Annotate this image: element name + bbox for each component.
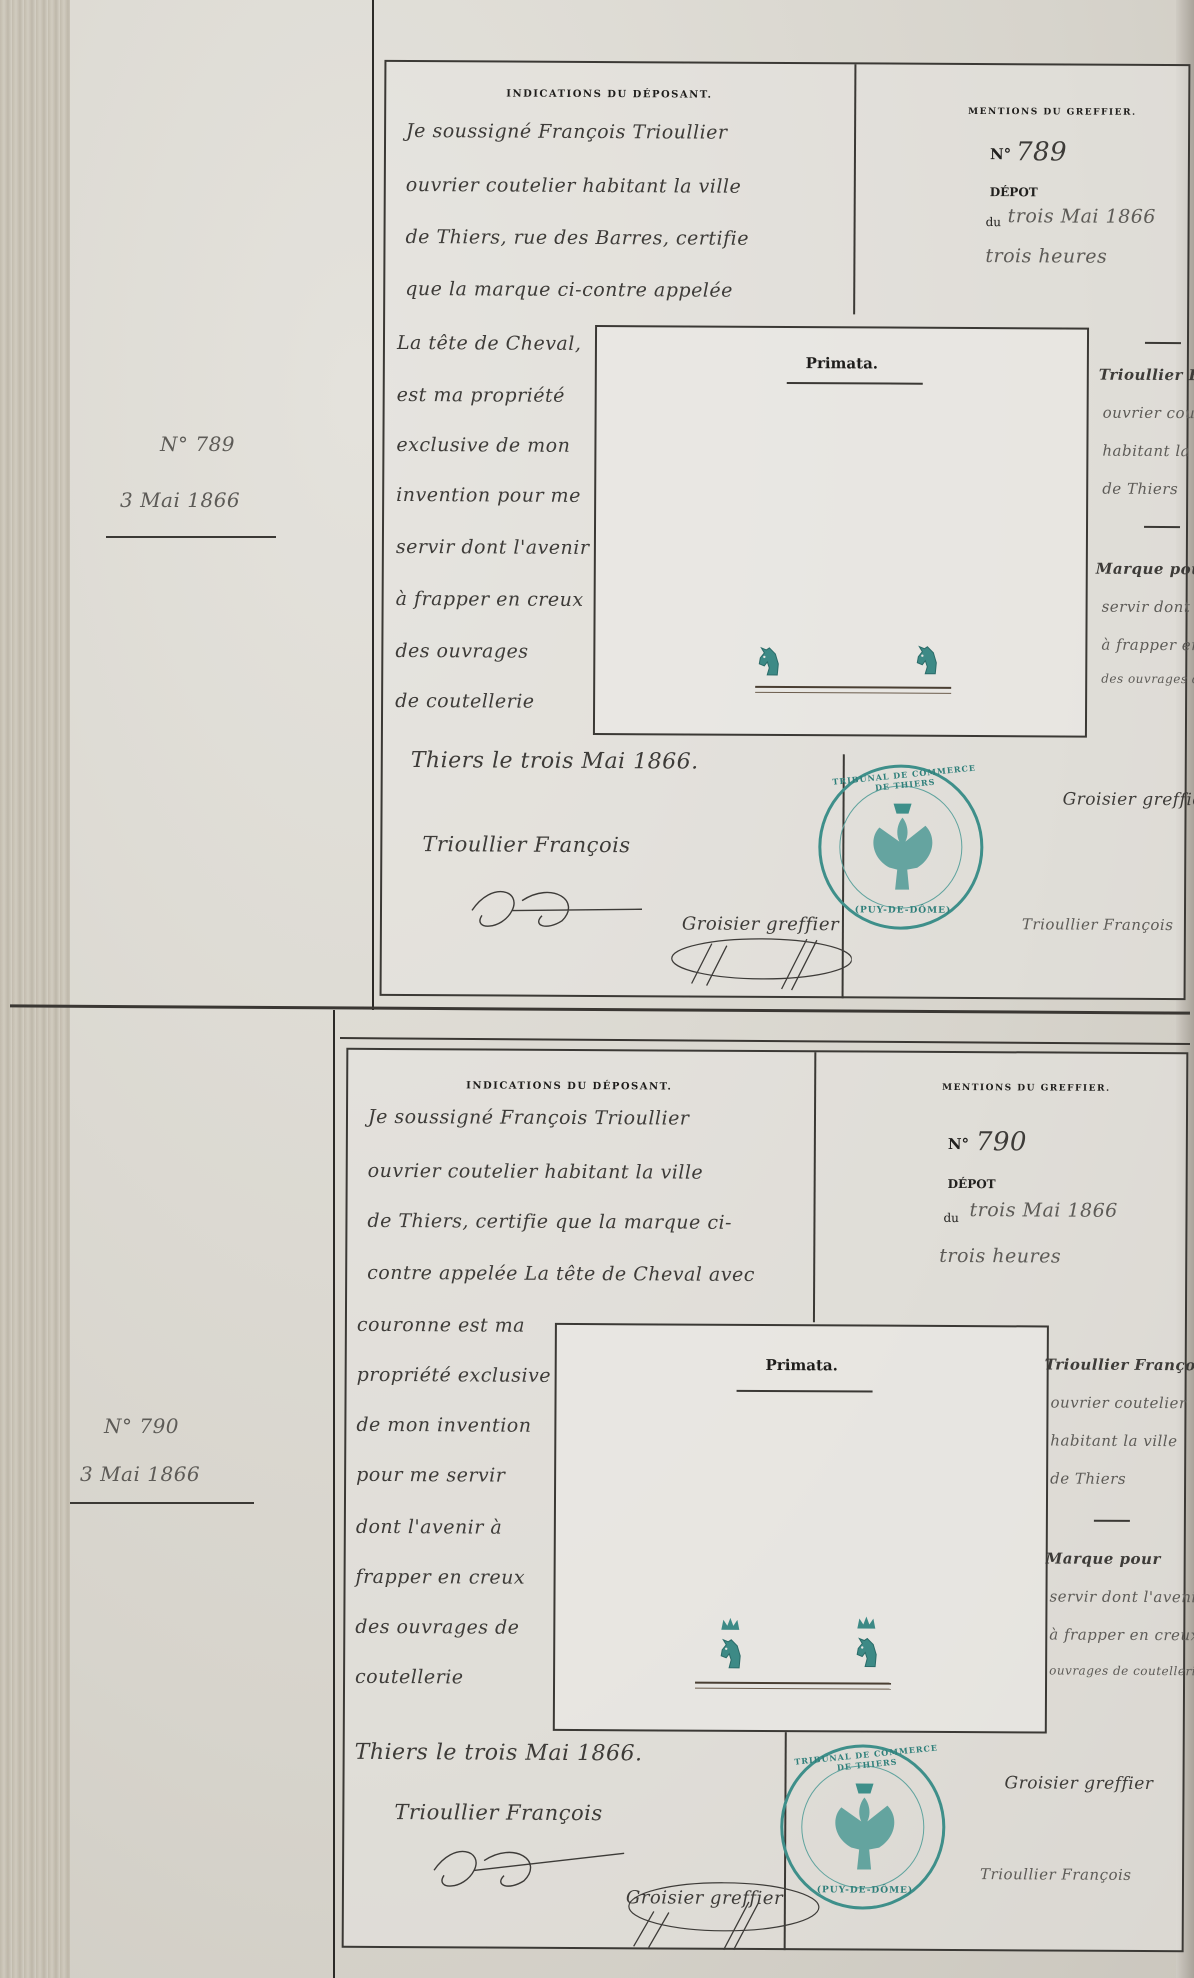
- side-dash: [1145, 342, 1181, 344]
- du-label: du: [986, 215, 1001, 229]
- declaration-line: de mon invention: [356, 1414, 531, 1437]
- side-dash: [1094, 1520, 1130, 1522]
- clerk-paraph: [574, 1871, 824, 1952]
- du-label: du: [943, 1211, 958, 1225]
- side-note-line: Marque pour: [1096, 560, 1194, 579]
- declaration-line: servir dont l'avenir: [396, 536, 590, 559]
- declaration-text: Je soussigné François Trioullier ouvrier…: [386, 62, 1188, 66]
- declaration-line: dont l'avenir à: [356, 1516, 503, 1539]
- side-note-line: Trioullier François: [1045, 1355, 1194, 1374]
- horse-head-stamp-icon: [913, 643, 939, 677]
- depositor-signature: Trioullier François: [394, 1800, 602, 1825]
- side-note-line: à frapper en creux: [1049, 1625, 1194, 1644]
- declaration-line: de Thiers, rue des Barres, certifie: [405, 226, 749, 250]
- deposit-form-789: INDICATIONS DU DÉPOSANT. MENTIONS DU GRE…: [380, 60, 1191, 1000]
- clerk-paraph: [652, 923, 852, 994]
- seal-bottom-text: (PUY-DE-DÔME): [851, 905, 955, 916]
- depositor-header: INDICATIONS DU DÉPOSANT.: [466, 1080, 672, 1092]
- side-depositor-signature: Trioullier François: [1022, 915, 1174, 934]
- declaration-text: Je soussigné François Trioullier ouvrier…: [348, 1050, 1186, 1054]
- margin-date: 3 Mai 1866: [80, 1462, 200, 1486]
- signature-flourish: [452, 870, 652, 941]
- place-date: Thiers le trois Mai 1866.: [355, 1740, 643, 1767]
- declaration-line: Je soussigné François Trioullier: [368, 1106, 690, 1130]
- declaration-line: à frapper en creux: [396, 588, 584, 611]
- margin-underline: [70, 1502, 254, 1504]
- side-note-line: à frapper en creux: [1101, 636, 1194, 655]
- mark-box-title: Primata.: [597, 353, 1087, 374]
- declaration-line: que la marque ci-contre appelée: [405, 278, 733, 302]
- title-underline: [737, 1390, 873, 1393]
- deposit-time: trois heures: [985, 245, 1107, 268]
- side-notes: Trioullier François ouvrier coutelier ha…: [386, 62, 1188, 66]
- crowned-horse-head-stamp-icon: [851, 1614, 881, 1674]
- declaration-line: pour me servir: [356, 1464, 505, 1487]
- column-divider: [853, 64, 856, 314]
- clerk-header: MENTIONS DU GREFFIER.: [942, 1083, 1110, 1094]
- declaration-line: propriété exclusive: [357, 1364, 552, 1387]
- mark-baseline: [695, 1682, 891, 1690]
- depositor-header: INDICATIONS DU DÉPOSANT.: [506, 89, 712, 101]
- side-note-line: des ouvrages de coutellerie: [1101, 672, 1194, 687]
- declaration-line: de coutellerie: [395, 690, 535, 713]
- side-note-line: servir dont l'avenir: [1049, 1587, 1194, 1606]
- side-note-line: habitant la ville: [1102, 442, 1194, 461]
- side-notes: Trioullier François ouvrier coutelier ha…: [348, 1050, 1186, 1054]
- entry-divider-2: [340, 1037, 1190, 1045]
- depot-label: DÉPOT: [948, 1177, 996, 1191]
- entry-divider: [10, 1004, 1190, 1014]
- number-label: N°: [948, 1135, 969, 1153]
- trademark-box: Primata.: [553, 1323, 1049, 1734]
- side-note-line: habitant la ville: [1050, 1431, 1177, 1450]
- deposit-date: trois Mai 1866: [969, 1199, 1117, 1222]
- declaration-line: contre appelée La tête de Cheval avec: [367, 1262, 755, 1286]
- column-divider: [813, 1052, 816, 1322]
- side-depositor-signature: Trioullier François: [980, 1865, 1132, 1884]
- declaration-line: est ma propriété: [397, 384, 565, 407]
- declaration-line: La tête de Cheval,: [397, 332, 582, 355]
- declaration-line: ouvrier coutelier habitant la ville: [406, 174, 742, 198]
- crowned-horse-head-stamp-icon: [715, 1616, 745, 1676]
- number-label: N°: [990, 145, 1011, 163]
- clerk-mentions: N° 789 DÉPOT du trois Mai 1866 trois heu…: [386, 62, 1188, 66]
- margin-number: N° 790: [104, 1414, 179, 1438]
- trademark-box: Primata.: [593, 325, 1089, 738]
- mark-baseline: [755, 686, 951, 694]
- horse-head-stamp-icon: [755, 644, 781, 678]
- register-page: N° 789 3 Mai 1866 INDICATIONS DU DÉPOSAN…: [0, 0, 1194, 1978]
- side-note-line: servir dont l'avenir: [1102, 598, 1194, 617]
- depositor-signature: Trioullier François: [422, 832, 630, 857]
- imperial-eagle-icon: [821, 1777, 908, 1877]
- side-note-line: ouvrages de coutellerie: [1049, 1663, 1194, 1678]
- side-dash: [1144, 526, 1180, 528]
- declaration-line: frapper en creux: [356, 1566, 526, 1589]
- side-note-line: ouvrier coutelier: [1103, 404, 1194, 423]
- declaration-line: invention pour me: [396, 484, 581, 507]
- declaration-line: des ouvrages de: [355, 1616, 519, 1639]
- tribunal-seal: TRIBUNAL DE COMMERCE DE THIERS (PUY-DE-D…: [780, 1744, 946, 1910]
- place-date: Thiers le trois Mai 1866.: [411, 748, 699, 775]
- margin-rule-top: [372, 0, 374, 1010]
- side-clerk-signature: Groisier greffier: [1004, 1773, 1153, 1794]
- side-note-line: Trioullier François: [1099, 366, 1194, 385]
- deposit-number: 790: [976, 1127, 1027, 1157]
- side-clerk-signature: Groisier greffier: [1063, 789, 1194, 810]
- side-note-line: de Thiers: [1102, 480, 1178, 498]
- declaration-line: de Thiers, certifie que la marque ci-: [367, 1210, 732, 1234]
- margin-underline: [106, 536, 276, 538]
- side-note-line: Marque pour: [1046, 1549, 1161, 1568]
- imperial-eagle-icon: [859, 797, 946, 897]
- declaration-line: couronne est ma: [357, 1314, 525, 1337]
- declaration-line: exclusive de mon: [396, 434, 570, 457]
- side-note-line: ouvrier coutelier: [1050, 1393, 1186, 1412]
- seal-bottom-text: (PUY-DE-DÔME): [813, 1885, 917, 1896]
- book-page-edges: [0, 0, 70, 1978]
- margin-date: 3 Mai 1866: [120, 488, 240, 512]
- margin-number: N° 789: [160, 432, 235, 456]
- deposit-date: trois Mai 1866: [1008, 205, 1156, 228]
- margin-rule-bottom: [333, 1010, 335, 1978]
- declaration-line: ouvrier coutelier habitant la ville: [368, 1160, 704, 1184]
- depot-label: DÉPOT: [990, 185, 1038, 199]
- declaration-line: Je soussigné François Trioullier: [406, 120, 728, 144]
- mark-box-title: Primata.: [557, 1355, 1047, 1376]
- declaration-line: coutellerie: [355, 1666, 464, 1689]
- declaration-line: des ouvrages: [395, 640, 528, 663]
- deposit-number: 789: [1016, 137, 1067, 167]
- tribunal-seal: TRIBUNAL DE COMMERCE DE THIERS (PUY-DE-D…: [818, 764, 984, 930]
- side-note-line: de Thiers: [1050, 1469, 1126, 1487]
- clerk-header: MENTIONS DU GREFFIER.: [968, 107, 1136, 118]
- title-underline: [787, 382, 923, 385]
- clerk-mentions: N° 790 DÉPOT du trois Mai 1866 trois heu…: [348, 1050, 1186, 1054]
- deposit-form-790: INDICATIONS DU DÉPOSANT. MENTIONS DU GRE…: [342, 1048, 1189, 1952]
- deposit-time: trois heures: [939, 1245, 1061, 1268]
